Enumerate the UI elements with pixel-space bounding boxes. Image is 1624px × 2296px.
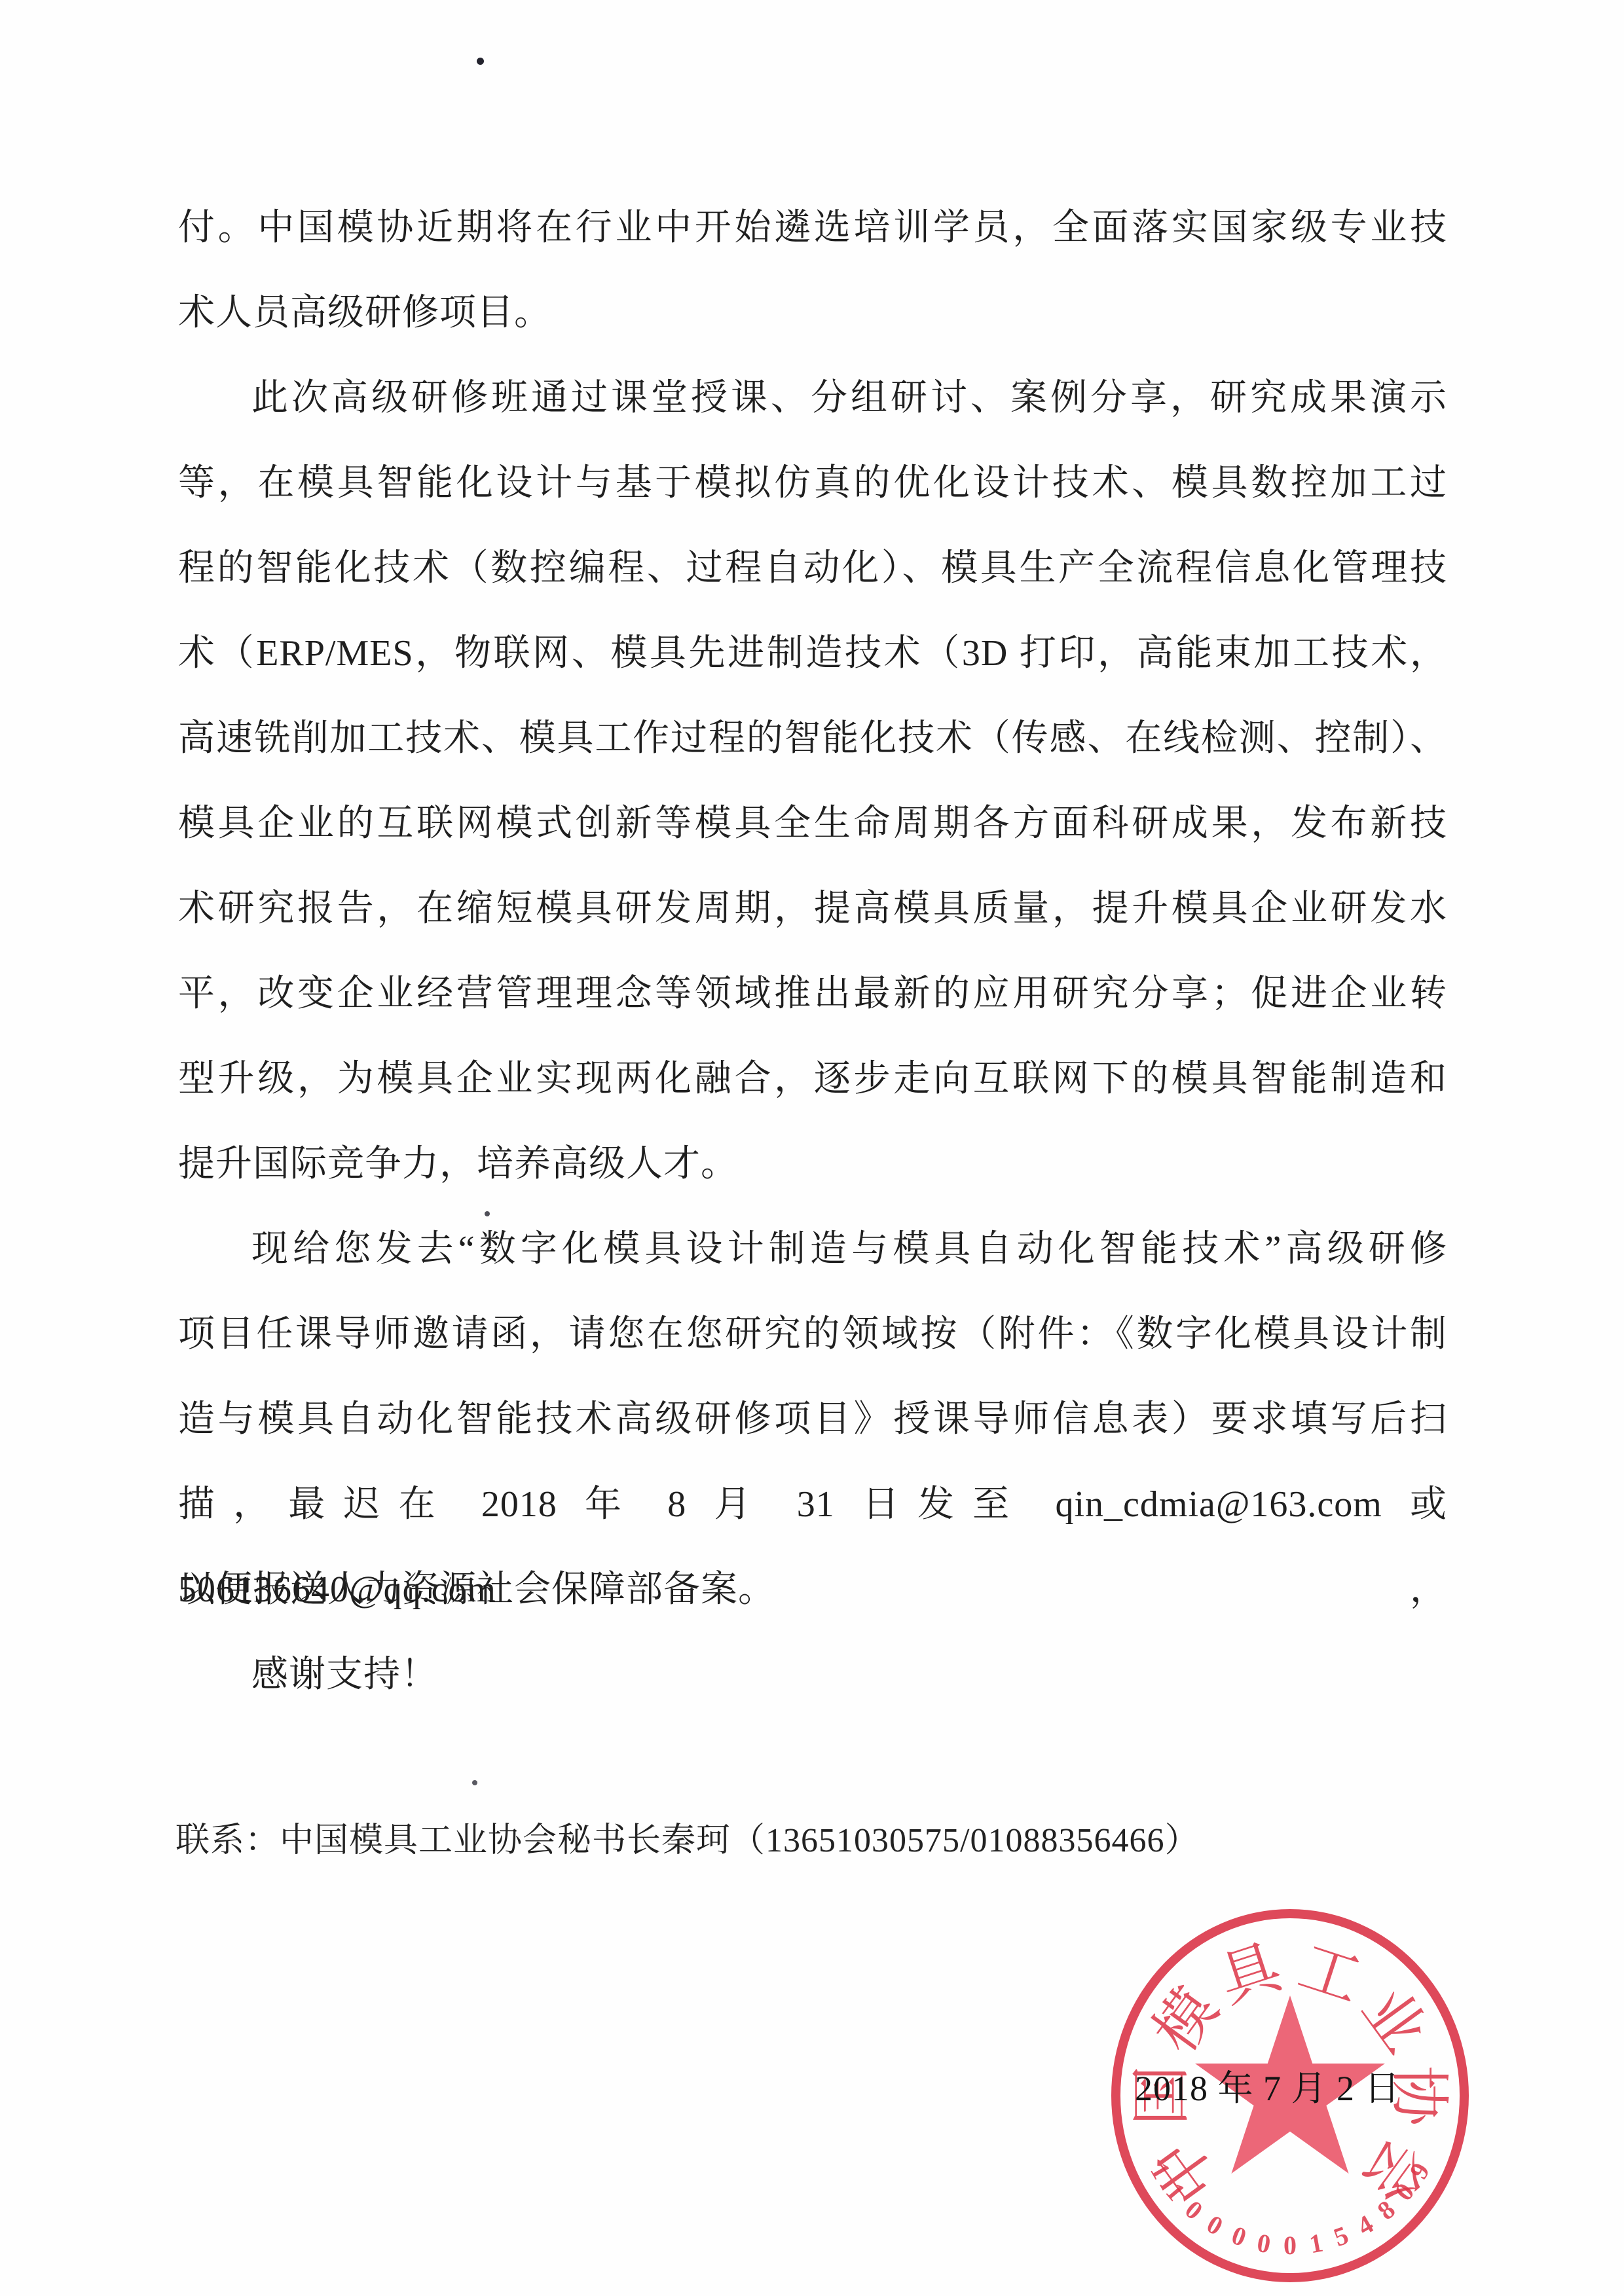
body-line: 感谢支持！ — [178, 1632, 1447, 1717]
body-line: 高速铣削加工技术、模具工作过程的智能化技术（传感、在线检测、控制）、 — [178, 696, 1447, 781]
body-line: 型升级，为模具企业实现两化融合，逐步走向互联网下的模具智能制造和 — [178, 1036, 1447, 1121]
body-line: 模具企业的互联网模式创新等模具全生命周期各方面科研成果，发布新技 — [178, 781, 1447, 866]
scanned-letter-page: 付。中国模协近期将在行业中开始遴选培训学员，全面落实国家级专业技 术人员高级研修… — [0, 0, 1624, 2296]
scan-speck — [485, 1211, 490, 1216]
body-line: 项目任课导师邀请函，请您在您研究的领域按（附件：《数字化模具设计制 — [178, 1292, 1447, 1377]
body-line: 平，改变企业经营管理理念等领域推出最新的应用研究分享；促进企业转 — [178, 951, 1447, 1036]
body-line: 提升国际竞争力，培养高级人才。 — [178, 1121, 1447, 1207]
body-line: 此次高级研修班通过课堂授课、分组研讨、案例分享，研究成果演示 — [178, 355, 1447, 441]
body-line: 现给您发去“数字化模具设计制造与模具自动化智能技术”高级研修 — [178, 1207, 1447, 1292]
body-line: 等，在模具智能化设计与基于模拟仿真的优化设计技术、模具数控加工过 — [178, 441, 1447, 526]
body-line: 描，最迟在 2018 年 8 月 31 日发至 qin_cdmia@163.co… — [178, 1462, 1447, 1547]
scan-speck — [477, 58, 484, 65]
letter-body: 付。中国模协近期将在行业中开始遴选培训学员，全面落实国家级专业技 术人员高级研修… — [178, 185, 1447, 1717]
body-line: 术研究报告，在缩短模具研发周期，提高模具质量，提升模具企业研发水 — [178, 866, 1447, 951]
body-line: 付。中国模协近期将在行业中开始遴选培训学员，全面落实国家级专业技 — [178, 185, 1447, 270]
date-stamp: 2018 年 7 月 2 日 — [1135, 2064, 1449, 2113]
contact-line: 联系：中国模具工业协会秘书长秦珂（13651030575/01088356466… — [175, 1820, 1420, 1862]
body-line: 造与模具自动化智能技术高级研修项目》授课导师信息表）要求填写后扫 — [178, 1377, 1447, 1462]
body-line: 术人员高级研修项目。 — [178, 270, 1447, 355]
seal-serial-digit: 0 — [1283, 2232, 1297, 2259]
body-line: 术（ERP/MES，物联网、模具先进制造技术（3D 打印，高能束加工技术， — [178, 611, 1447, 696]
body-line: 程的智能化技术（数控编程、过程自动化）、模具生产全流程信息化管理技 — [178, 526, 1447, 611]
scan-speck — [472, 1780, 477, 1785]
